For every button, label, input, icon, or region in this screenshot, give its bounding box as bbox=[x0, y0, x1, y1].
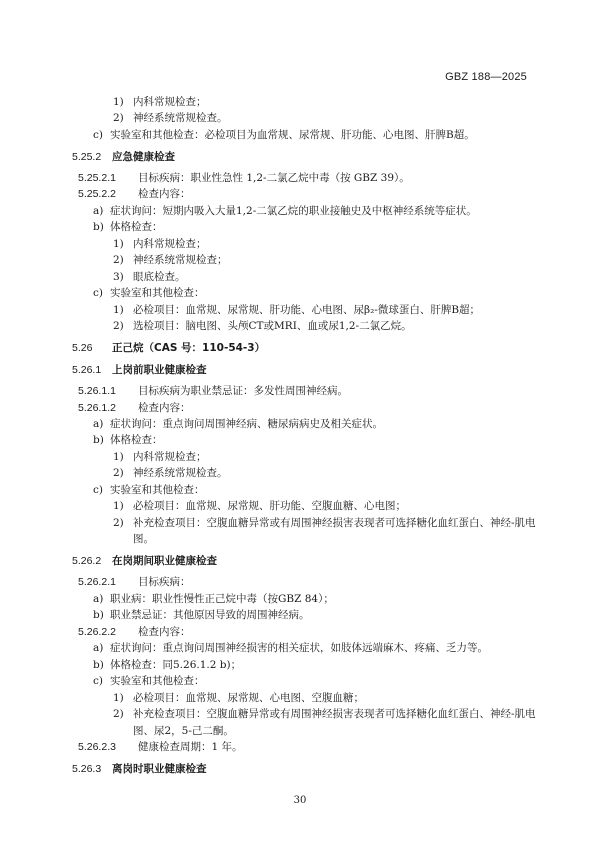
clause-number: 5.26.3 bbox=[72, 762, 112, 776]
line-text: 体格检查：同5.26.1.2 b)； bbox=[110, 659, 241, 671]
list-item: c)实验室和其他检查： bbox=[93, 483, 205, 497]
list-marker: 2) bbox=[113, 319, 133, 333]
clause-item: 5.25.2.2检查内容： bbox=[78, 187, 191, 201]
line-text: 检查内容： bbox=[138, 188, 191, 200]
list-item: a)症状询问：重点询问周围神经损害的相关症状，如肢体远端麻木、疼痛、乏力等。 bbox=[93, 641, 488, 655]
list-marker: a) bbox=[93, 641, 110, 655]
clause-number: 5.25.2.1 bbox=[78, 171, 138, 185]
document-page: GBZ 188—2025 1)内科常规检查；2)神经系统常规检查。c)实验室和其… bbox=[0, 0, 600, 848]
list-marker: c) bbox=[93, 483, 110, 497]
clause-number: 5.26.2.2 bbox=[78, 625, 138, 639]
line-text: 症状询问：短期内吸入大量1,2-二氯乙烷的职业接触史及中枢神经系统等症状。 bbox=[110, 205, 477, 217]
list-item: a)症状询问：重点询问周围神经病、糖尿病病史及相关症状。 bbox=[93, 417, 383, 431]
line-text: 检查内容： bbox=[138, 626, 191, 638]
line-text: 体格检查： bbox=[110, 221, 163, 233]
line-text: 图。 bbox=[133, 533, 154, 545]
line-text: 实验室和其他检查：必检项目为血常规、尿常规、肝功能、心电图、肝脾B超。 bbox=[110, 129, 475, 141]
line-text: 目标疾病： bbox=[138, 576, 191, 588]
document-id-header: GBZ 188—2025 bbox=[445, 71, 527, 83]
line-text: 内科常规检查； bbox=[133, 96, 207, 108]
clause-item: 5.26.2.3健康检查周期：1 年。 bbox=[78, 740, 243, 754]
list-marker: c) bbox=[93, 286, 110, 300]
line-text: 必检项目：血常规、尿常规、肝功能、心电图、尿β₂-微球蛋白、肝脾B超； bbox=[133, 304, 480, 316]
clause-number: 5.26 bbox=[72, 341, 112, 355]
list-marker: 1) bbox=[113, 95, 133, 109]
list-item: b)体格检查： bbox=[93, 220, 163, 234]
line-text: 健康检查周期：1 年。 bbox=[138, 741, 243, 753]
line-text: 神经系统常规检查。 bbox=[133, 467, 228, 479]
clause-item: 5.26.1.2检查内容： bbox=[78, 401, 191, 415]
list-item: b)体格检查： bbox=[93, 433, 163, 447]
list-marker: b) bbox=[93, 220, 110, 234]
list-marker: b) bbox=[93, 608, 110, 622]
line-text: 神经系统常规检查。 bbox=[133, 112, 228, 124]
line-text: 必检项目：血常规、尿常规、肝功能、空腹血糖、心电图； bbox=[133, 500, 406, 512]
clause-item: 5.25.2.1目标疾病：职业性急性 1,2-二氯乙烷中毒（按 GBZ 39）。 bbox=[78, 171, 410, 185]
clause-number: 5.26.1.2 bbox=[78, 401, 138, 415]
list-item-continuation: 图。 bbox=[133, 532, 154, 546]
list-item: 2)神经系统常规检查。 bbox=[113, 466, 228, 480]
clause-item: 5.26.2.1目标疾病： bbox=[78, 575, 191, 589]
section-heading: 5.26正己烷（CAS 号：110-54-3） bbox=[72, 341, 265, 355]
clause-item: 5.26.1.1目标疾病为职业禁忌证：多发性周围神经病。 bbox=[78, 384, 348, 398]
line-text: 内科常规检查； bbox=[133, 238, 207, 250]
list-item: 1)内科常规检查； bbox=[113, 237, 207, 251]
list-marker: 2) bbox=[113, 466, 133, 480]
line-text: 实验室和其他检查： bbox=[110, 484, 205, 496]
line-text: 目标疾病：职业性急性 1,2-二氯乙烷中毒（按 GBZ 39）。 bbox=[138, 172, 410, 184]
list-marker: 1) bbox=[113, 691, 133, 705]
list-item: 2)选检项目：脑电图、头颅CT或MRI、血或尿1,2-二氯乙烷。 bbox=[113, 319, 412, 333]
list-marker: b) bbox=[93, 658, 110, 672]
line-text: 应急健康检查 bbox=[112, 151, 175, 163]
list-item: 1)内科常规检查； bbox=[113, 450, 207, 464]
list-item: 1)必检项目：血常规、尿常规、肝功能、心电图、尿β₂-微球蛋白、肝脾B超； bbox=[113, 303, 480, 317]
section-heading: 5.26.2在岗期间职业健康检查 bbox=[72, 554, 217, 568]
list-item: c)实验室和其他检查： bbox=[93, 286, 205, 300]
line-text: 检查内容： bbox=[138, 402, 191, 414]
clause-number: 5.26.2 bbox=[72, 554, 112, 568]
line-text: 离岗时职业健康检查 bbox=[112, 763, 207, 775]
clause-item: 5.26.2.2检查内容： bbox=[78, 625, 191, 639]
line-text: 体格检查： bbox=[110, 434, 163, 446]
list-marker: a) bbox=[93, 417, 110, 431]
line-text: 选检项目：脑电图、头颅CT或MRI、血或尿1,2-二氯乙烷。 bbox=[133, 320, 412, 332]
line-text: 内科常规检查； bbox=[133, 451, 207, 463]
line-text: 必检项目：血常规、尿常规、心电图、空腹血糖； bbox=[133, 692, 364, 704]
section-heading: 5.25.2应急健康检查 bbox=[72, 150, 175, 164]
clause-number: 5.26.2.1 bbox=[78, 575, 138, 589]
list-item: 1)必检项目：血常规、尿常规、心电图、空腹血糖； bbox=[113, 691, 364, 705]
list-item: 3)眼底检查。 bbox=[113, 270, 186, 284]
list-marker: 2) bbox=[113, 111, 133, 125]
line-text: 症状询问：重点询问周围神经病、糖尿病病史及相关症状。 bbox=[110, 418, 383, 430]
section-heading: 5.26.3离岗时职业健康检查 bbox=[72, 762, 207, 776]
line-text: 症状询问：重点询问周围神经损害的相关症状，如肢体远端麻木、疼痛、乏力等。 bbox=[110, 642, 488, 654]
list-marker: 1) bbox=[113, 237, 133, 251]
clause-number: 5.25.2 bbox=[72, 150, 112, 164]
list-item: b)职业禁忌证：其他原因导致的周围神经病。 bbox=[93, 608, 310, 622]
list-item: 1)内科常规检查； bbox=[113, 95, 207, 109]
page-number: 30 bbox=[0, 795, 600, 806]
clause-number: 5.26.1 bbox=[72, 363, 112, 377]
line-text: 在岗期间职业健康检查 bbox=[112, 555, 217, 567]
line-text: 神经系统常规检查； bbox=[133, 254, 228, 266]
line-text: 职业禁忌证：其他原因导致的周围神经病。 bbox=[110, 609, 310, 621]
list-marker: 2) bbox=[113, 516, 133, 530]
list-marker: 1) bbox=[113, 303, 133, 317]
list-item: b)体格检查：同5.26.1.2 b)； bbox=[93, 658, 241, 672]
line-text: 补充检查项目：空腹血糖异常或有周围神经损害表现者可选择糖化血红蛋白、神经-肌电 bbox=[133, 708, 536, 720]
list-item: 2)补充检查项目：空腹血糖异常或有周围神经损害表现者可选择糖化血红蛋白、神经-肌… bbox=[113, 707, 536, 721]
list-item: 1)必检项目：血常规、尿常规、肝功能、空腹血糖、心电图； bbox=[113, 499, 406, 513]
clause-number: 5.26.2.3 bbox=[78, 740, 138, 754]
list-item: c)实验室和其他检查： bbox=[93, 674, 205, 688]
list-item: a)症状询问：短期内吸入大量1,2-二氯乙烷的职业接触史及中枢神经系统等症状。 bbox=[93, 204, 477, 218]
list-marker: 2) bbox=[113, 707, 133, 721]
list-marker: a) bbox=[93, 204, 110, 218]
list-marker: c) bbox=[93, 674, 110, 688]
clause-number: 5.25.2.2 bbox=[78, 187, 138, 201]
list-marker: c) bbox=[93, 128, 110, 142]
list-marker: 1) bbox=[113, 499, 133, 513]
line-text: 实验室和其他检查： bbox=[110, 675, 205, 687]
list-marker: b) bbox=[93, 433, 110, 447]
section-heading: 5.26.1上岗前职业健康检查 bbox=[72, 363, 207, 377]
list-marker: 1) bbox=[113, 450, 133, 464]
list-item: c)实验室和其他检查：必检项目为血常规、尿常规、肝功能、心电图、肝脾B超。 bbox=[93, 128, 475, 142]
line-text: 上岗前职业健康检查 bbox=[112, 364, 207, 376]
list-item: 2)神经系统常规检查。 bbox=[113, 111, 228, 125]
line-text: 眼底检查。 bbox=[133, 271, 186, 283]
clause-number: 5.26.1.1 bbox=[78, 384, 138, 398]
line-text: 目标疾病为职业禁忌证：多发性周围神经病。 bbox=[138, 385, 348, 397]
line-text: 实验室和其他检查： bbox=[110, 287, 205, 299]
list-marker: a) bbox=[93, 592, 110, 606]
list-item: a)职业病：职业性慢性正己烷中毒（按GBZ 84）； bbox=[93, 592, 334, 606]
list-marker: 2) bbox=[113, 253, 133, 267]
line-text: 补充检查项目：空腹血糖异常或有周围神经损害表现者可选择糖化血红蛋白、神经-肌电 bbox=[133, 517, 536, 529]
list-marker: 3) bbox=[113, 270, 133, 284]
line-text: 职业病：职业性慢性正己烷中毒（按GBZ 84）； bbox=[110, 593, 334, 605]
list-item: 2)神经系统常规检查； bbox=[113, 253, 228, 267]
list-item: 2)补充检查项目：空腹血糖异常或有周围神经损害表现者可选择糖化血红蛋白、神经-肌… bbox=[113, 516, 536, 530]
list-item-continuation: 图、尿2，5-己二酮。 bbox=[133, 724, 234, 738]
line-text: 图、尿2，5-己二酮。 bbox=[133, 725, 234, 737]
line-text: 正己烷（CAS 号：110-54-3） bbox=[112, 342, 265, 354]
